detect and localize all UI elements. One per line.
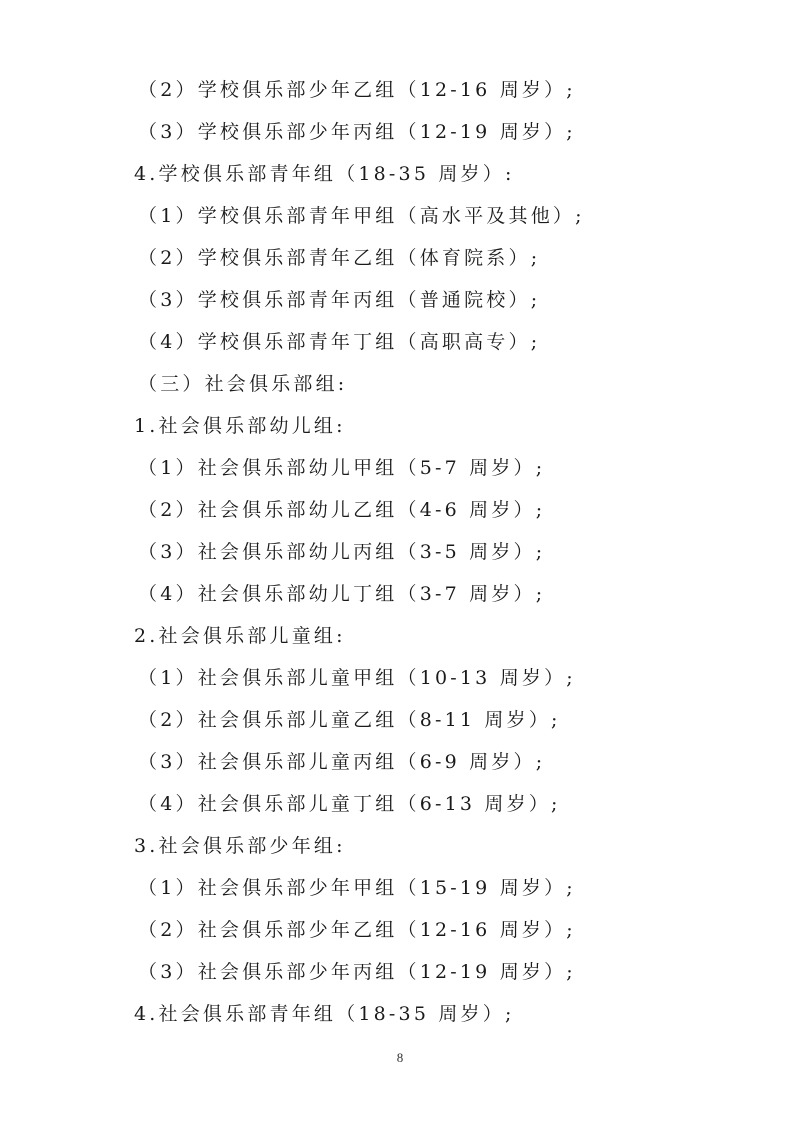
list-item: （2）社会俱乐部幼儿乙组（4-6 周岁）; [138, 498, 545, 522]
list-item: （1）社会俱乐部幼儿甲组（5-7 周岁）; [138, 456, 545, 480]
list-item: （4）社会俱乐部儿童丁组（6-13 周岁）; [138, 792, 561, 816]
list-item: （2）学校俱乐部少年乙组（12-16 周岁）; [138, 78, 576, 102]
list-item: （3）社会俱乐部儿童丙组（6-9 周岁）; [138, 750, 545, 774]
list-item: （3）学校俱乐部青年丙组（普通院校）; [138, 288, 540, 312]
list-item: （4）社会俱乐部幼儿丁组（3-7 周岁）; [138, 582, 545, 606]
section-heading: 4.学校俱乐部青年组（18-35 周岁）: [134, 162, 515, 186]
list-item: （2）社会俱乐部少年乙组（12-16 周岁）; [138, 918, 576, 942]
document-page: （2）学校俱乐部少年乙组（12-16 周岁）; （3）学校俱乐部少年丙组（12-… [0, 0, 800, 1131]
section-heading: 2.社会俱乐部儿童组: [134, 624, 346, 648]
list-item: （3）社会俱乐部少年丙组（12-19 周岁）; [138, 960, 576, 984]
list-item: （1）学校俱乐部青年甲组（高水平及其他）; [138, 204, 585, 228]
page-number: 8 [0, 1050, 800, 1066]
section-heading: 3.社会俱乐部少年组: [134, 834, 346, 858]
list-item: （4）学校俱乐部青年丁组（高职高专）; [138, 330, 540, 354]
list-item: （2）学校俱乐部青年乙组（体育院系）; [138, 246, 540, 270]
section-heading: 4.社会俱乐部青年组（18-35 周岁）; [134, 1002, 515, 1026]
section-heading: 1.社会俱乐部幼儿组: [134, 414, 346, 438]
list-item: （3）社会俱乐部幼儿丙组（3-5 周岁）; [138, 540, 545, 564]
list-item: （1）社会俱乐部少年甲组（15-19 周岁）; [138, 876, 576, 900]
list-item: （3）学校俱乐部少年丙组（12-19 周岁）; [138, 120, 576, 144]
list-item: （1）社会俱乐部儿童甲组（10-13 周岁）; [138, 666, 576, 690]
section-heading: （三）社会俱乐部组: [138, 372, 347, 396]
list-item: （2）社会俱乐部儿童乙组（8-11 周岁）; [138, 708, 561, 732]
